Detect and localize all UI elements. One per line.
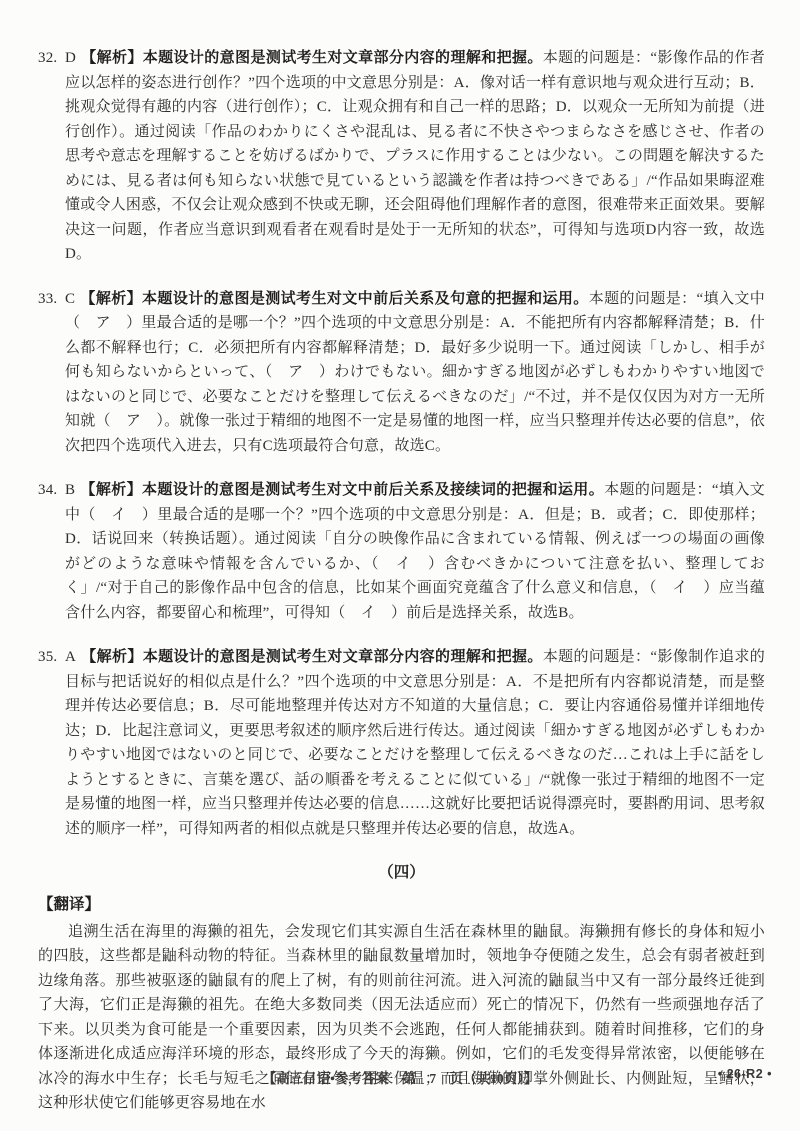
page-footer: 【高三日语•参考答案 第 7 页（共10页）】 • 26-R2 •	[0, 1067, 800, 1087]
analysis-body: 本题的问题是：“填入文中（ ア ）里最合适的是哪一个？”四个选项的中文意思分别是…	[65, 291, 765, 454]
question-analysis: C【解析】本题设计的意图是测试考生对文中前后关系及句意的把握和运用。本题的问题是…	[65, 287, 765, 459]
analysis-intro: 【解析】本题设计的意图是测试考生对文中前后关系及接续词的把握和运用。	[80, 482, 604, 498]
question-number: 35.	[38, 645, 65, 670]
answer-item-33: 33. C【解析】本题设计的意图是测试考生对文中前后关系及句意的把握和运用。本题…	[38, 287, 765, 459]
exam-answer-page: 32. D【解析】本题设计的意图是测试考生对文章部分内容的理解和把握。本题的问题…	[0, 0, 800, 1131]
answer-letter: B	[65, 482, 75, 498]
question-analysis: B【解析】本题设计的意图是测试考生对文中前后关系及接续词的把握和运用。本题的问题…	[65, 478, 765, 625]
analysis-body: 本题的问题是：“填入文中（ イ ）里最合适的是哪一个？”四个选项的中文意思分别是…	[65, 482, 765, 621]
question-number: 34.	[38, 478, 65, 503]
analysis-body: 本题的问题是：“影像制作追求的目标与把话说好的相似点是什么？”四个选项的中文意思…	[65, 649, 765, 837]
answer-letter: C	[65, 291, 75, 307]
question-analysis: D【解析】本题设计的意图是测试考生对文章部分内容的理解和把握。本题的问题是：“影…	[65, 46, 765, 267]
section-number-heading: （四）	[38, 861, 765, 886]
answer-letter: A	[65, 649, 76, 665]
question-analysis: A【解析】本题设计的意图是测试考生对文章部分内容的理解和把握。本题的问题是：“影…	[65, 645, 765, 841]
analysis-intro: 【解析】本题设计的意图是测试考生对文章部分内容的理解和把握。	[81, 649, 543, 665]
answer-item-34: 34. B【解析】本题设计的意图是测试考生对文中前后关系及接续词的把握和运用。本…	[38, 478, 765, 625]
footer-paper-code: • 26-R2 •	[718, 1067, 772, 1081]
analysis-intro: 【解析】本题设计的意图是测试考生对文中前后关系及句意的把握和运用。	[80, 291, 589, 307]
answer-explanations: 32. D【解析】本题设计的意图是测试考生对文章部分内容的理解和把握。本题的问题…	[38, 46, 765, 841]
answer-letter: D	[65, 50, 76, 66]
footer-page-info: 【高三日语•参考答案 第 7 页（共10页）】	[0, 1067, 800, 1087]
answer-item-32: 32. D【解析】本题设计的意图是测试考生对文章部分内容的理解和把握。本题的问题…	[38, 46, 765, 267]
translation-label: 【翻译】	[38, 892, 765, 918]
question-number: 33.	[38, 287, 65, 312]
answer-item-35: 35. A【解析】本题设计的意图是测试考生对文章部分内容的理解和把握。本题的问题…	[38, 645, 765, 841]
analysis-intro: 【解析】本题设计的意图是测试考生对文章部分内容的理解和把握。	[81, 50, 543, 66]
analysis-body: 本题的问题是：“影像作品的作者应以怎样的姿态进行创作？”四个选项的中文意思分别是…	[65, 50, 765, 262]
question-number: 32.	[38, 46, 65, 71]
